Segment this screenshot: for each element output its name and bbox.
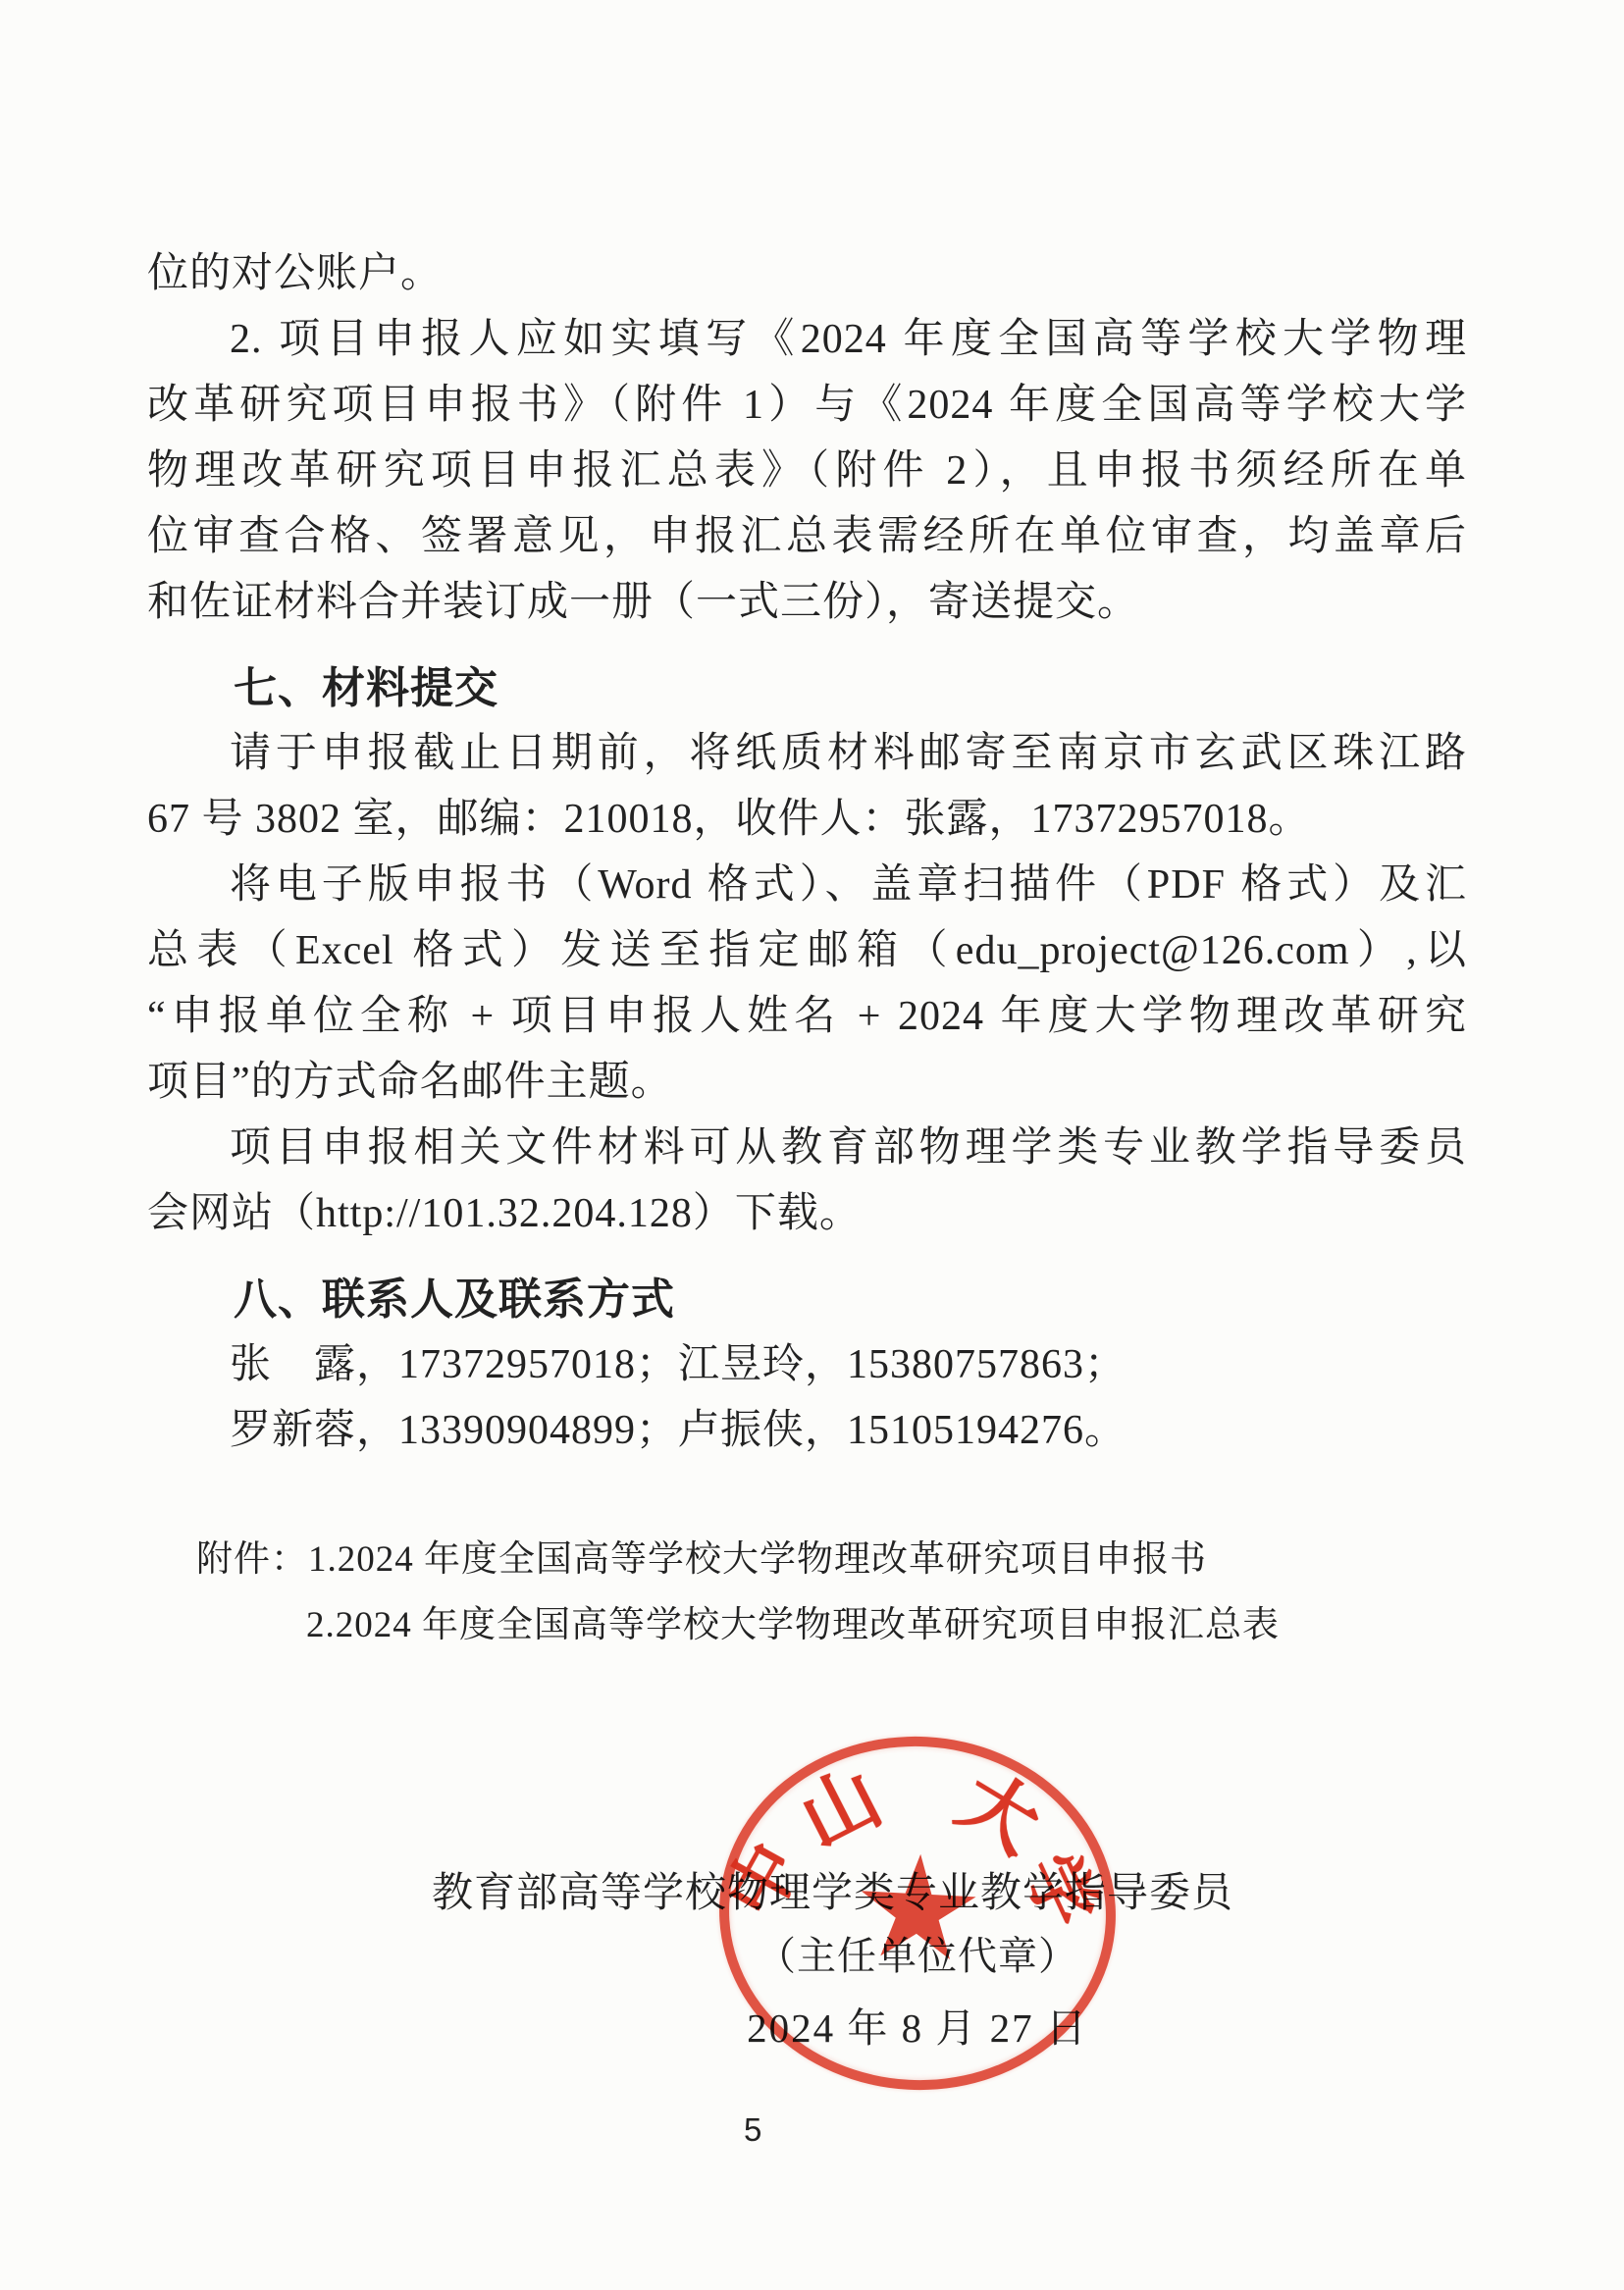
body-line: 将电子版申报书（Word 格式）、盖章扫描件（PDF 格式）及汇 xyxy=(147,853,1467,918)
body-line: 项目”的方式命名邮件主题。 xyxy=(147,1050,1467,1116)
body-line: 项目申报相关文件材料可从教育部物理学类专业教学指导委员 xyxy=(147,1116,1467,1181)
contact-line: 张 露，17372957018；江昱玲，15380757863； xyxy=(147,1332,1467,1398)
attachment-item: 附件：1.2024 年度全国高等学校大学物理改革研究项目申报书 xyxy=(196,1527,1280,1592)
body-line: 67 号 3802 室，邮编：210018，收件人：张露，17372957018… xyxy=(147,787,1467,853)
signature-organization: 教育部高等学校物理学类专业教学指导委员 xyxy=(432,1860,1233,1919)
section-heading-contacts: 八、联系人及联系方式 xyxy=(147,1267,1467,1332)
document-page: 位的对公账户。 2. 项目申报人应如实填写《2024 年度全国高等学校大学物理 … xyxy=(0,0,1624,2290)
contact-line: 罗新蓉，13390904899；卢振侠，15105194276。 xyxy=(147,1398,1467,1464)
attachment-item: 2.2024 年度全国高等学校大学物理改革研究项目申报汇总表 xyxy=(306,1592,1280,1658)
body-line: 和佐证材料合并装订成一册（一式三份），寄送提交。 xyxy=(147,570,1467,636)
body-line: 位的对公账户。 xyxy=(147,241,1467,307)
signature-seal-note: （主任单位代章） xyxy=(719,1925,1116,1981)
signature-date: 2024 年 8 月 27 日 xyxy=(719,1996,1116,2054)
seal-character: 大 xyxy=(941,1741,1064,1874)
body-line: 2. 项目申报人应如实填写《2024 年度全国高等学校大学物理 xyxy=(147,307,1467,373)
body-line: 请于申报截止日期前，将纸质材料邮寄至南京市玄武区珠江路 xyxy=(147,721,1467,787)
body-text: 位的对公账户。 2. 项目申报人应如实填写《2024 年度全国高等学校大学物理 … xyxy=(147,241,1467,1464)
body-line: 物理改革研究项目申报汇总表》（附件 2），且申报书须经所在单 xyxy=(147,439,1467,504)
page-number: 5 xyxy=(744,2111,761,2149)
attachments-list: 附件：1.2024 年度全国高等学校大学物理改革研究项目申报书 2.2024 年… xyxy=(196,1527,1280,1658)
section-heading-materials: 七、材料提交 xyxy=(147,655,1467,721)
body-line: “申报单位全称 + 项目申报人姓名 + 2024 年度大学物理改革研究 xyxy=(147,984,1467,1050)
body-line: 总表（Excel 格式）发送至指定邮箱（edu_project@126.com）… xyxy=(147,918,1467,984)
seal-character: 山 xyxy=(779,1737,897,1869)
body-line: 位审查合格、签署意见，申报汇总表需经所在单位审查，均盖章后 xyxy=(147,504,1467,570)
body-line: 会网站（http://101.32.204.128）下载。 xyxy=(147,1181,1467,1247)
body-line: 改革研究项目申报书》（附件 1）与《2024 年度全国高等学校大学 xyxy=(147,373,1467,439)
